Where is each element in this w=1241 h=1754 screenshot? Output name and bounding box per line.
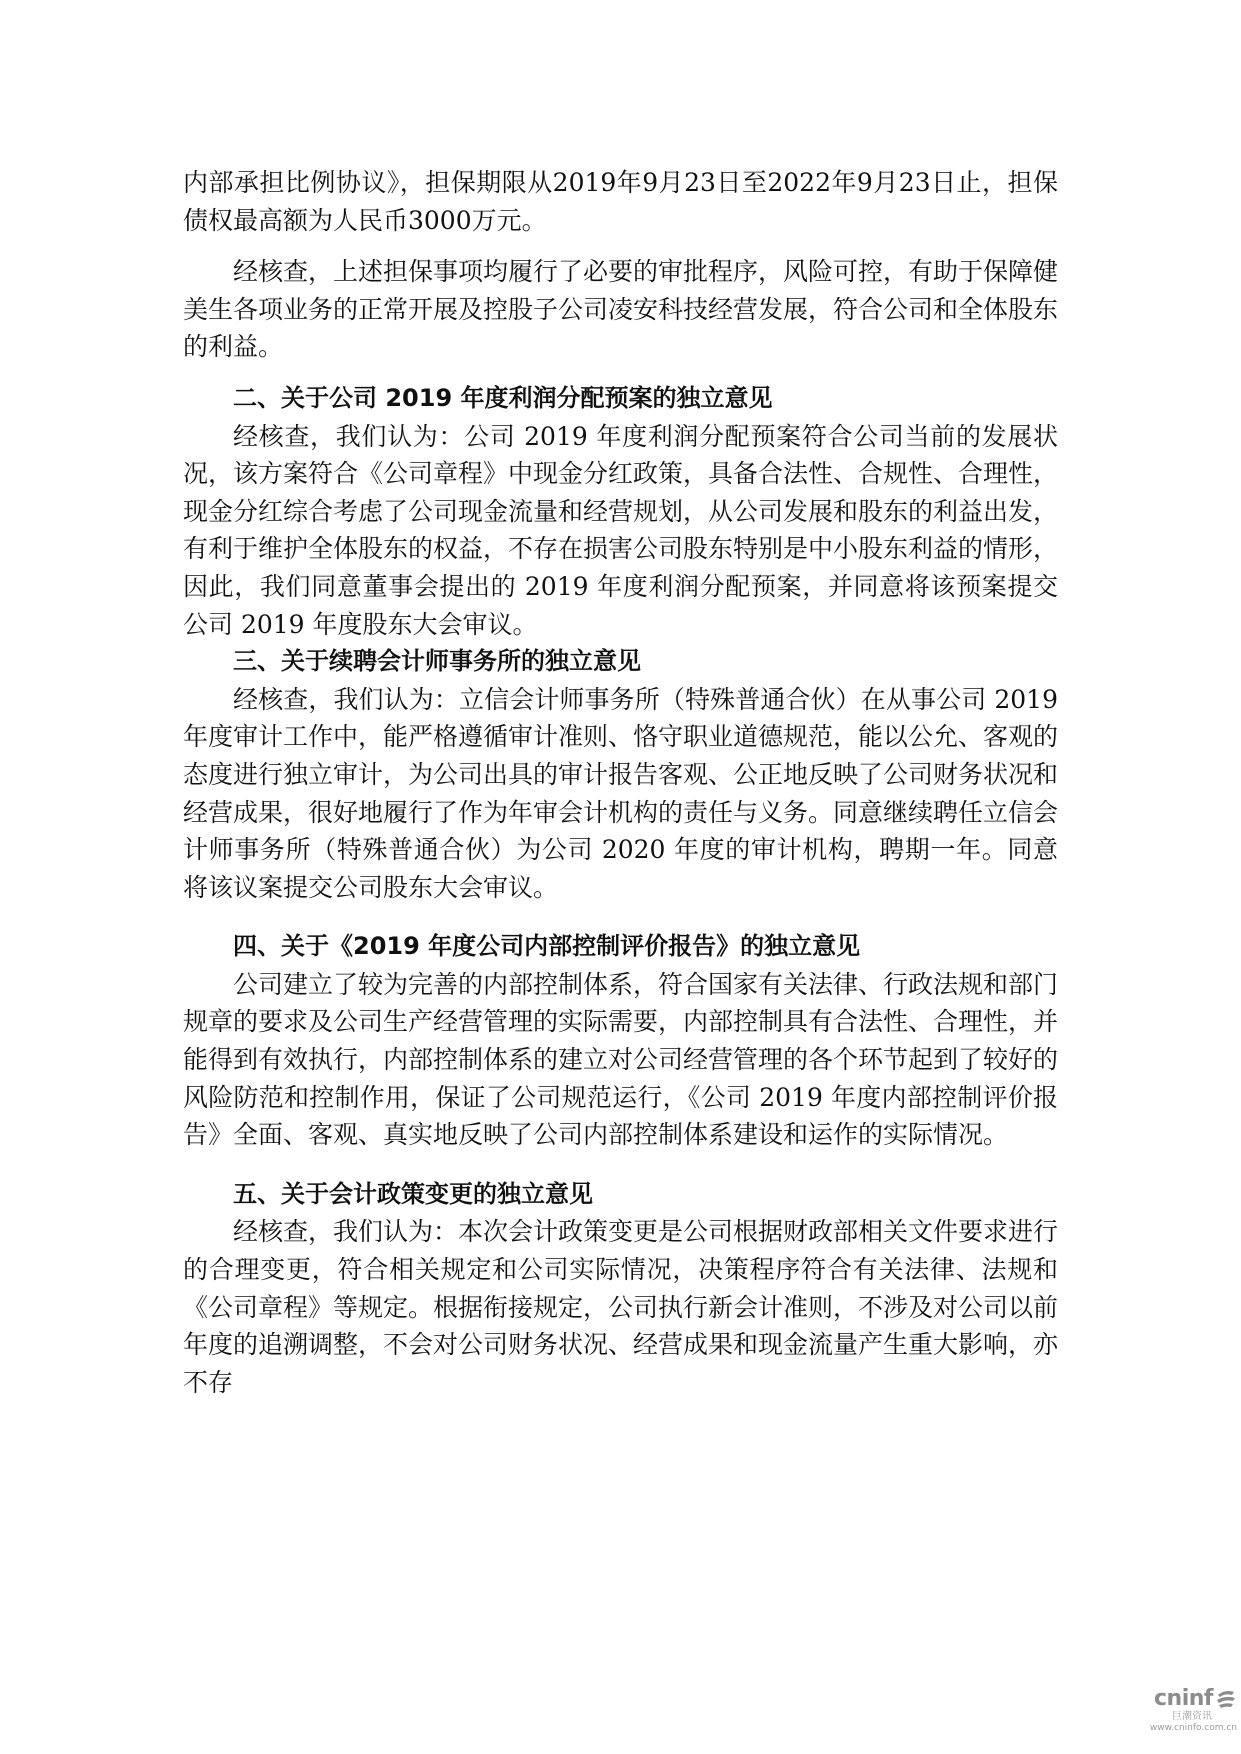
heading-internal-control-report: 四、关于《2019 年度公司内部控制评价报告》的独立意见 (183, 928, 1058, 966)
paragraph-accounting-policy-change: 经核查，我们认为：本次会计政策变更是公司根据财政部相关文件要求进行的合理变更，符… (183, 1213, 1058, 1401)
heading-profit-distribution: 二、关于公司 2019 年度利润分配预案的独立意见 (183, 380, 1058, 418)
paragraph-auditor-reappointment: 经核查，我们认为：立信会计师事务所（特殊普通合伙）在从事公司 2019 年度审计… (183, 681, 1058, 907)
document-page: 内部承担比例协议》，担保期限从2019年9月23日至2022年9月23日止，担保… (183, 164, 1058, 1401)
heading-auditor-reappointment: 三、关于续聘会计师事务所的独立意见 (183, 643, 1058, 681)
cninf-brand: cninf (1154, 1686, 1237, 1711)
paragraph-guarantee-terms: 内部承担比例协议》，担保期限从2019年9月23日至2022年9月23日止，担保… (183, 164, 1058, 239)
brand-text: cninf (1154, 1686, 1213, 1711)
cninf-swirl-logo-icon (1215, 1689, 1237, 1709)
heading-accounting-policy-change: 五、关于会计政策变更的独立意见 (183, 1176, 1058, 1214)
brand-chinese-name: 巨潮资讯 (1117, 1711, 1237, 1723)
paragraph-guarantee-review: 经核查，上述担保事项均履行了必要的审批程序，风险可控，有助于保障健美生各项业务的… (183, 253, 1058, 366)
paragraph-internal-control-report: 公司建立了较为完善的内部控制体系，符合国家有关法律、行政法规和部门规章的要求及公… (183, 966, 1058, 1154)
cninf-watermark: cninf 巨潮资讯 www.cninfo.com.cn (1117, 1686, 1237, 1734)
brand-url: www.cninfo.com.cn (1117, 1723, 1237, 1734)
paragraph-profit-distribution: 经核查，我们认为：公司 2019 年度利润分配预案符合公司当前的发展状况，该方案… (183, 418, 1058, 644)
